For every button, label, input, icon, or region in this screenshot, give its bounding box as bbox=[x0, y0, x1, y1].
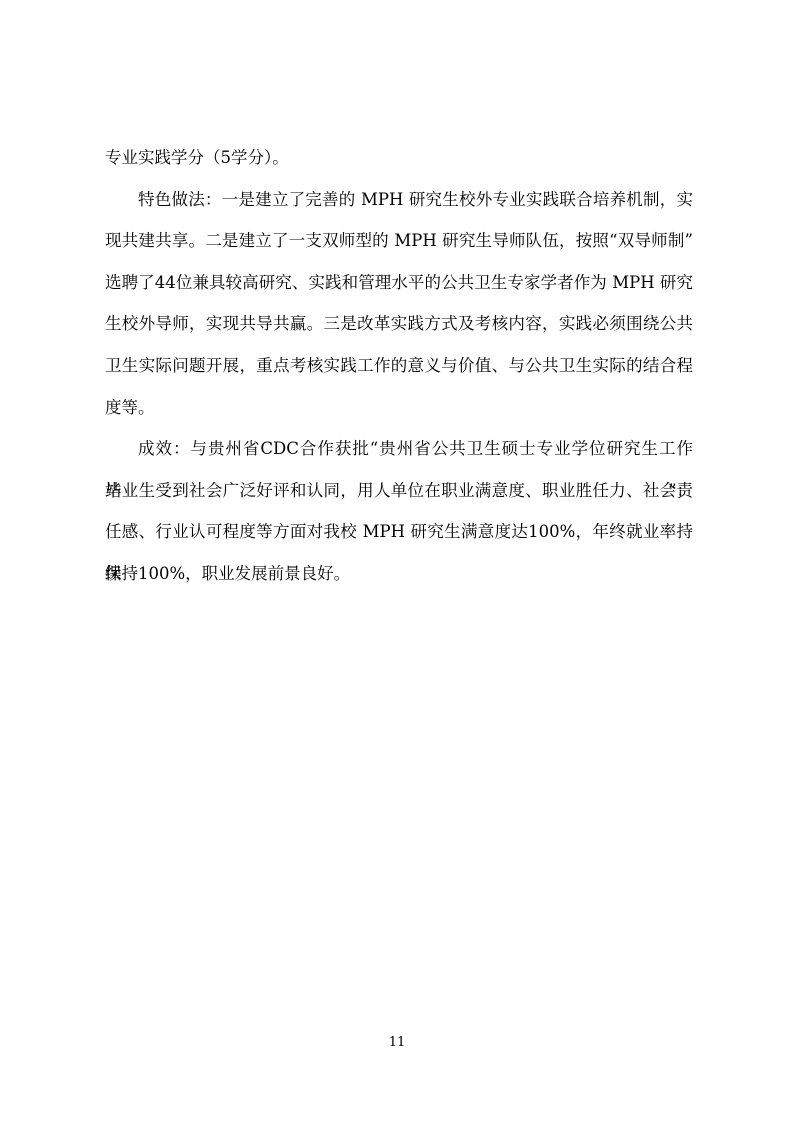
text-line: 保持100%，职业发展前景良好。 bbox=[105, 553, 693, 595]
text-line: 特色做法：一是建立了完善的 MPH 研究生校外专业实践联合培养机制，实 bbox=[105, 179, 693, 221]
text-line: 专业实践学分（5学分）。 bbox=[105, 137, 693, 179]
text-line: 毕业生受到社会广泛好评和认同，用人单位在职业满意度、职业胜任力、社会责 bbox=[105, 470, 693, 512]
text-line: 成效：与贵州省CDC合作获批“贵州省公共卫生硕士专业学位研究生工作站”； bbox=[105, 428, 693, 470]
text-line: 任感、行业认可程度等方面对我校 MPH 研究生满意度达100%，年终就业率持续 bbox=[105, 511, 693, 553]
text-line: 卫生实际问题开展，重点考核实践工作的意义与价值、与公共卫生实际的结合程 bbox=[105, 345, 693, 387]
document-page: 专业实践学分（5学分）。 特色做法：一是建立了完善的 MPH 研究生校外专业实践… bbox=[0, 0, 794, 1123]
text-line: 生校外导师，实现共导共赢。三是改革实践方式及考核内容，实践必须围绕公共 bbox=[105, 303, 693, 345]
text-line: 选聘了44位兼具较高研究、实践和管理水平的公共卫生专家学者作为 MPH 研究 bbox=[105, 262, 693, 304]
text-line: 现共建共享。二是建立了一支双师型的 MPH 研究生导师队伍，按照“双导师制” bbox=[105, 220, 693, 262]
text-line: 度等。 bbox=[105, 387, 693, 429]
page-body: 专业实践学分（5学分）。 特色做法：一是建立了完善的 MPH 研究生校外专业实践… bbox=[105, 137, 693, 595]
page-number: 11 bbox=[0, 1034, 794, 1052]
